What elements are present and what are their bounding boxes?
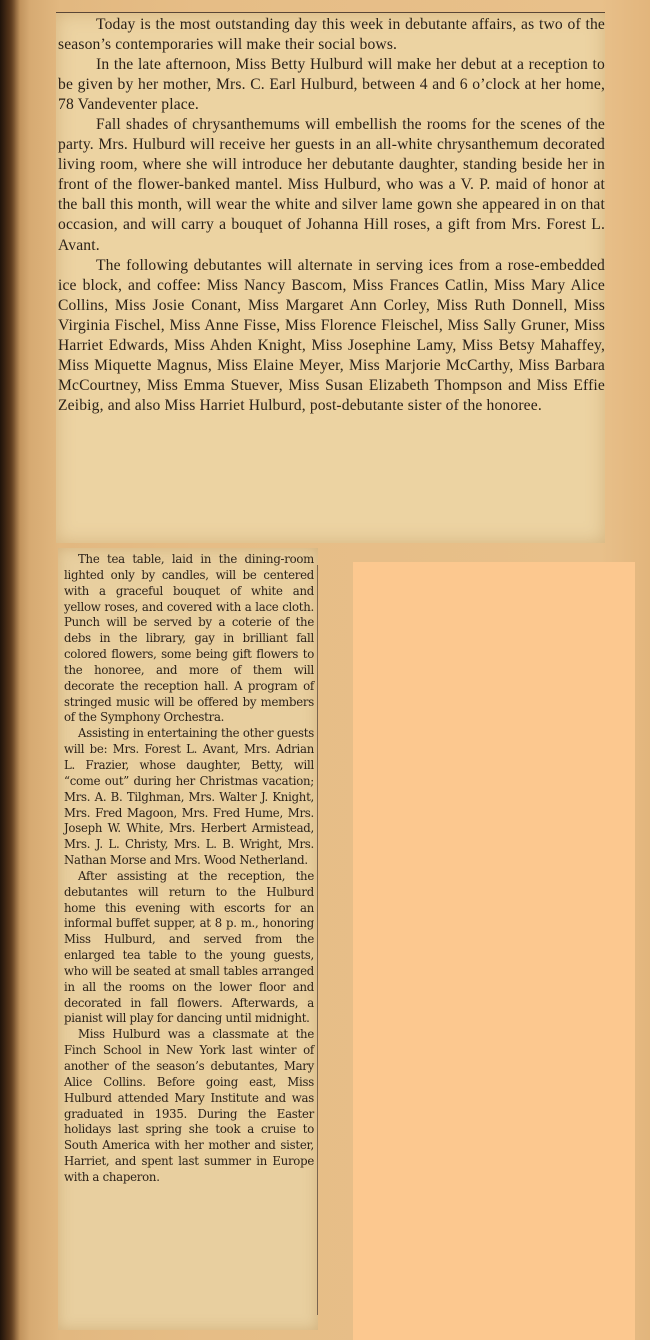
bottom-column-text: The tea table, laid in the dining-room l…	[58, 548, 318, 1186]
paragraph-debut: In the late afternoon, Miss Betty Hulbur…	[58, 55, 605, 115]
scrapbook-binding-shadow	[0, 0, 20, 1340]
paragraph-debutantes-list: The following debutantes will alternate …	[58, 256, 605, 416]
clipping-bottom-column: The tea table, laid in the dining-room l…	[58, 548, 318, 1330]
paragraph-buffet-supper: After assisting at the reception, the de…	[64, 869, 314, 1027]
paragraph-decorations: Fall shades of chrysanthemums will embel…	[58, 115, 605, 255]
top-article-text: Today is the most outstanding day this w…	[56, 13, 605, 416]
paragraph-tea-table: The tea table, laid in the dining-room l…	[64, 552, 314, 726]
column-rule	[317, 565, 318, 1315]
paragraph-biography: Miss Hulburd was a classmate at the Finc…	[64, 1027, 314, 1185]
blank-paper-patch	[353, 562, 635, 1340]
paragraph-assisting-guests: Assisting in entertaining the other gues…	[64, 726, 314, 869]
clipping-top-article: Today is the most outstanding day this w…	[56, 12, 605, 543]
paragraph-intro: Today is the most outstanding day this w…	[58, 15, 605, 55]
